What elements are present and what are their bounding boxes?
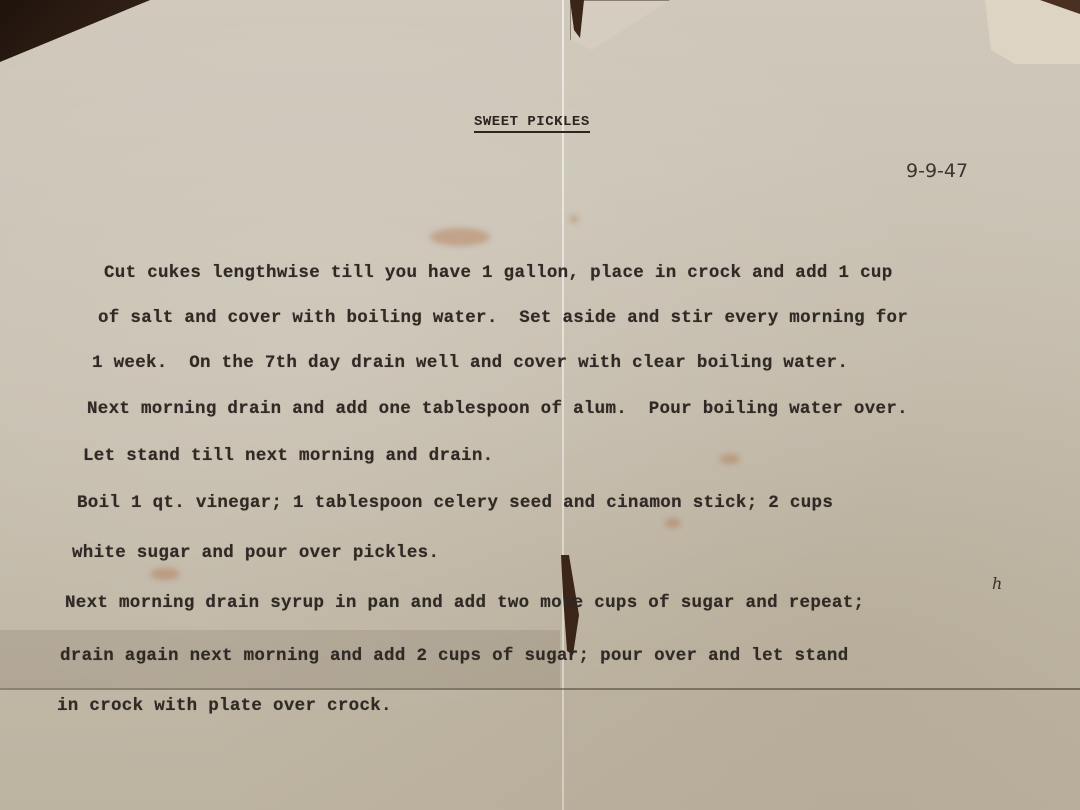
recipe-line: in crock with plate over crock. [57,696,392,716]
horizontal-fold-crease [0,688,1080,690]
stain-mark [720,454,740,464]
stain-mark [150,568,180,580]
recipe-line: of salt and cover with boiling water. Se… [98,308,908,328]
stain-mark [665,518,681,528]
recipe-line: Cut cukes lengthwise till you have 1 gal… [104,263,893,283]
recipe-line: 1 week. On the 7th day drain well and co… [92,353,848,373]
recipe-line: Boil 1 qt. vinegar; 1 tablespoon celery … [77,493,833,513]
recipe-line: Let stand till next morning and drain. [83,446,493,466]
recipe-line: Next morning drain syrup in pan and add … [65,593,864,613]
handwritten-correction: h [992,574,1002,593]
recipe-line: drain again next morning and add 2 cups … [60,646,849,666]
stain-mark [430,228,490,246]
recipe-line: white sugar and pour over pickles. [72,543,439,563]
recipe-title: SWEET PICKLES [474,114,590,133]
recipe-date: 9-9-47 [906,160,968,182]
recipe-line: Next morning drain and add one tablespoo… [87,399,908,419]
stain-mark [570,215,578,223]
